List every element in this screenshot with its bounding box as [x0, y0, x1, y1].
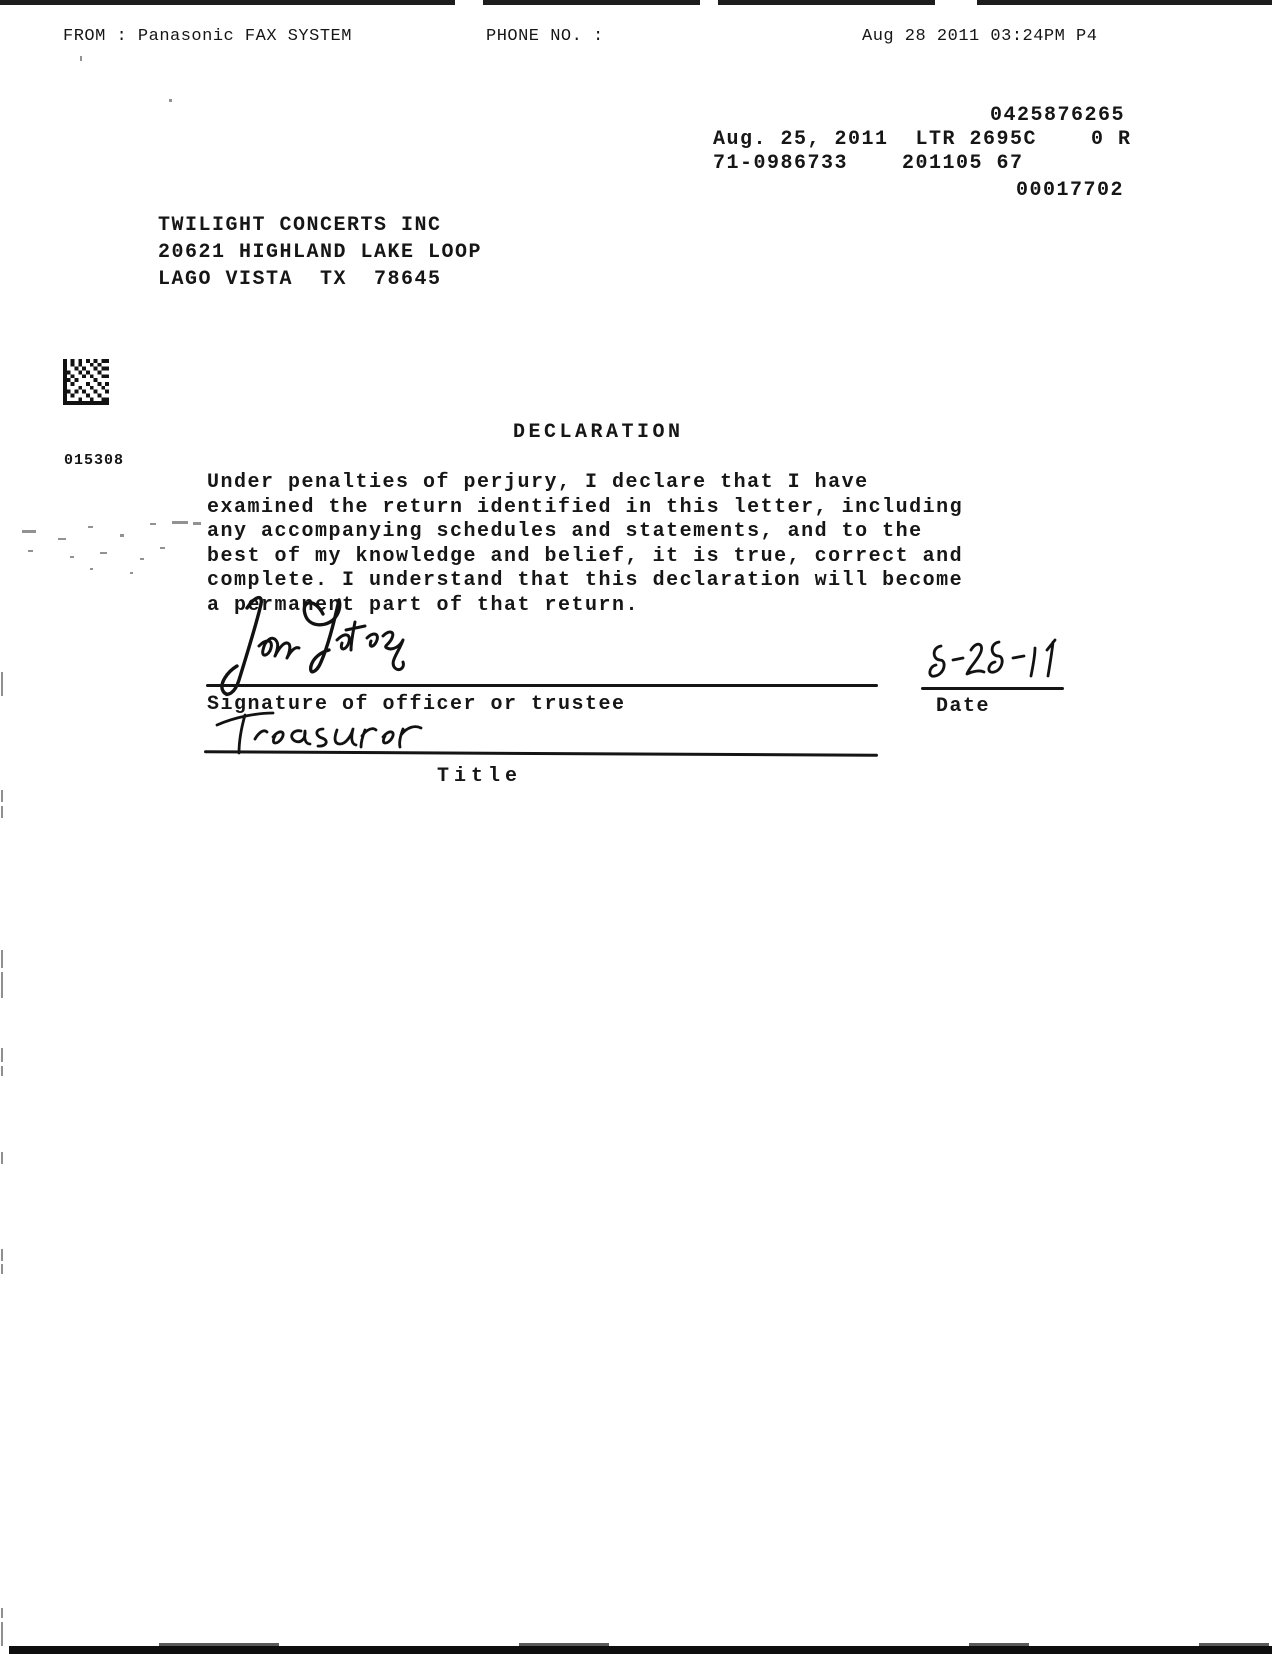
scan-gap [700, 0, 718, 5]
scan-artifact-top [0, 0, 1272, 5]
recipient-city-state-zip: LAGO VISTA TX 78645 [158, 268, 442, 291]
scan-shade [519, 1643, 609, 1646]
scan-artifact-bottom [9, 1646, 1272, 1654]
declaration-line: any accompanying schedules and statement… [207, 520, 963, 545]
date-handwriting: 8-28-11 [923, 636, 1073, 686]
scan-shade [1199, 1643, 1269, 1646]
scan-speckle [80, 56, 82, 61]
declaration-line: Under penalties of perjury, I declare th… [207, 471, 963, 496]
fax-header-phone: PHONE NO. : [486, 27, 604, 46]
reference-notice-line: Aug. 25, 2011 LTR 2695C 0 R [713, 128, 1132, 151]
reference-tracking-number: 0425876265 [990, 104, 1125, 127]
declaration-heading: DECLARATION [513, 421, 684, 444]
scan-shade [969, 1643, 1029, 1646]
form-code: 015308 [64, 452, 124, 469]
declaration-line: examined the return identified in this l… [207, 496, 963, 521]
barcode-icon [63, 358, 109, 411]
scan-gap [455, 0, 483, 5]
fax-header-from: FROM : Panasonic FAX SYSTEM [63, 27, 352, 46]
recipient-street: 20621 HIGHLAND LAKE LOOP [158, 241, 482, 264]
date-label: Date [936, 695, 990, 718]
scan-shade [159, 1643, 279, 1646]
title-label: Title [437, 765, 522, 788]
reference-document-number: 00017702 [1016, 179, 1124, 202]
date-line [921, 687, 1064, 690]
scan-speckle [169, 99, 172, 102]
reference-tin-line: 71-0986733 201105 67 [713, 152, 1024, 175]
recipient-name: TWILIGHT CONCERTS INC [158, 214, 442, 237]
declaration-line: best of my knowledge and belief, it is t… [207, 545, 963, 570]
fax-document-page: FROM : Panasonic FAX SYSTEM PHONE NO. : … [0, 0, 1272, 1654]
signature-line [206, 684, 878, 687]
scan-gap [935, 0, 977, 5]
fax-header-timestamp: Aug 28 2011 03:24PM P4 [862, 27, 1097, 46]
